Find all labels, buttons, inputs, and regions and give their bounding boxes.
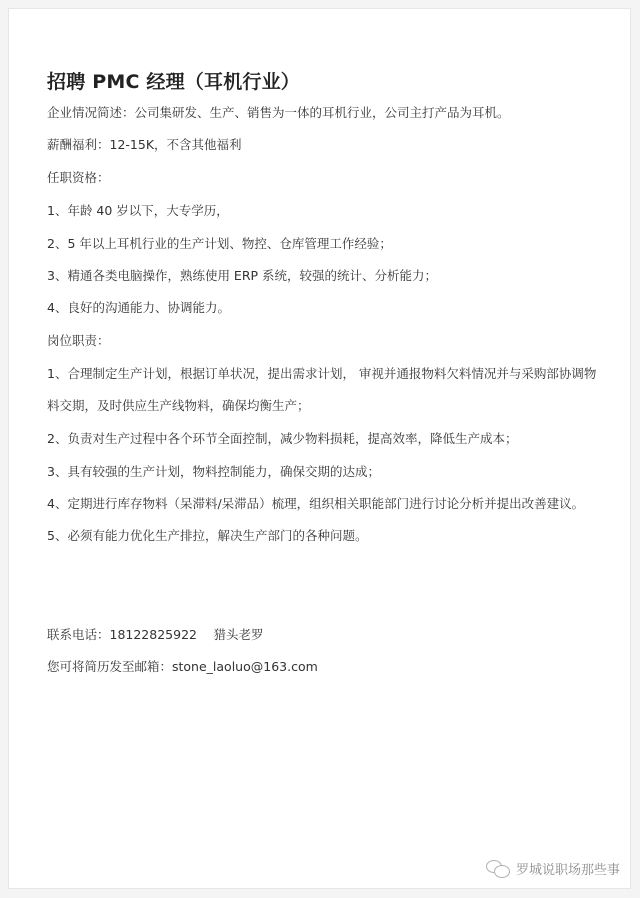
- qualifications-heading: 任职资格：: [47, 170, 110, 186]
- duty-item: 3、具有较强的生产计划，物料控制能力，确保交期的达成；: [47, 464, 380, 480]
- qualification-item: 2、5 年以上耳机行业的生产计划、物控、仓库管理工作经验；: [47, 236, 392, 252]
- duties-heading: 岗位职责：: [47, 333, 110, 349]
- contact-email: 您可将简历发至邮箱：stone_laoluo@163.com: [47, 659, 318, 675]
- salary-info: 薪酬福利：12-15K，不含其他福利: [47, 137, 242, 153]
- qualification-item: 1、年龄 40 岁以下，大专学历，: [47, 203, 229, 219]
- page-title: 招聘 PMC 经理（耳机行业）: [47, 67, 300, 94]
- qualification-item: 3、精通各类电脑操作，熟练使用 ERP 系统，较强的统计、分析能力；: [47, 268, 437, 284]
- contact-phone: 联系电话：18122825922 猎头老罗: [47, 627, 263, 643]
- duty-item: 5、必须有能力优化生产排拉，解决生产部门的各种问题。: [47, 528, 367, 544]
- company-intro: 企业情况简述：公司集研发、生产、销售为一体的耳机行业，公司主打产品为耳机。: [47, 105, 510, 121]
- wechat-icon: [486, 858, 512, 878]
- qualification-item: 4、良好的沟通能力、协调能力。: [47, 300, 230, 316]
- duty-item: 2、负责对生产过程中各个环节全面控制，减少物料损耗，提高效率，降低生产成本；: [47, 431, 517, 447]
- watermark-text: 罗城说职场那些事: [516, 859, 620, 878]
- duty-item: 4、定期进行库存物料（呆滞料/呆滞品）梳理，组织相关职能部门进行讨论分析并提出改…: [47, 496, 584, 512]
- watermark: 罗城说职场那些事: [486, 858, 620, 878]
- duty-item-continued: 料交期，及时供应生产线物料，确保均衡生产；: [47, 398, 310, 414]
- duty-item: 1、合理制定生产计划，根据订单状况，提出需求计划， 审视并通报物料欠料情况并与采…: [47, 366, 596, 382]
- job-posting-page: 招聘 PMC 经理（耳机行业） 企业情况简述：公司集研发、生产、销售为一体的耳机…: [8, 8, 631, 889]
